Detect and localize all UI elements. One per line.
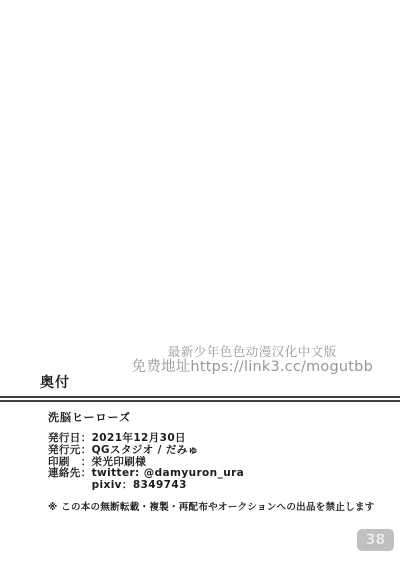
page-number-badge: 38 (357, 529, 394, 551)
colophon-details: 発行日：2021年12月30日 発行元：QGスタジオ / だみゅ 印刷 ：栄光印… (48, 433, 244, 492)
watermark-url-line: 免费地址https://link3.cc/mogutbb (132, 359, 373, 376)
copyright-disclaimer: ※ この本の無断転載・複製・再配布やオークションへの出品を禁止します (48, 499, 375, 513)
watermark-line1: 最新少年色色动漫汉化中文版 (132, 345, 373, 359)
publisher-line: 発行元：QGスタジオ / だみゅ (48, 445, 244, 457)
translator-watermark: 最新少年色色动漫汉化中文版 免费地址https://link3.cc/mogut… (132, 345, 373, 376)
double-rule-divider (0, 396, 400, 402)
colophon-page: 最新少年色色动漫汉化中文版 免费地址https://link3.cc/mogut… (0, 0, 400, 565)
contact-pixiv-line: pixiv：8349743 (48, 480, 244, 492)
colophon-heading: 奥付 (40, 372, 70, 392)
book-title: 洗脳ヒーローズ (48, 409, 131, 425)
